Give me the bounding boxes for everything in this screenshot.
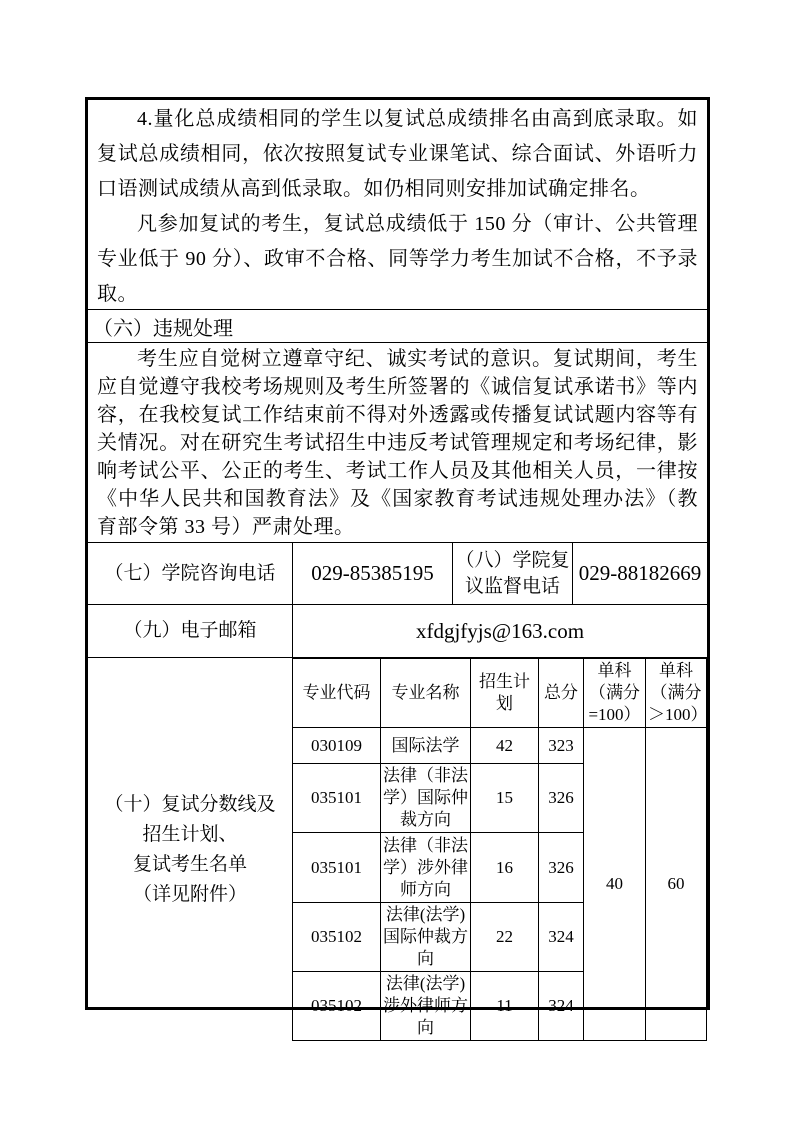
major-code: 030109: [293, 728, 381, 764]
score-table-row-1: 030109 国际法学 42 323 40 60: [293, 728, 707, 764]
review-phone-value: 029-88182669: [579, 561, 702, 586]
score-line-table: 专业代码 专业名称 招生计 划 总分 单科 （满分 =100） 单科 （满分 ＞…: [292, 658, 707, 1041]
review-phone-label-cell: （八）学院复议监督电话: [453, 543, 573, 604]
enroll-plan: 16: [471, 833, 539, 903]
major-code: 035102: [293, 903, 381, 972]
main-table: 4.量化总成绩相同的学生以复试总成绩排名由高到底录取。如复试总成绩相同，依次按照…: [85, 97, 710, 1010]
consult-phone-value-cell: 029-85385195: [293, 543, 453, 604]
admission-row: （十）复试分数线及 招生计划、 复试考生名单 （详见附件） 专业代码 专业名称 …: [88, 658, 707, 1041]
total-score: 326: [539, 764, 584, 833]
major-name: 法律(法学)涉外律师方向: [381, 972, 471, 1041]
paragraph-rejection-rule: 凡参加复试的考生，复试总成绩低于 150 分（审计、公共管理专业低于 90 分）…: [97, 207, 698, 312]
admission-label-line3: 复试考生名单: [133, 850, 247, 880]
admission-label-cell: （十）复试分数线及 招生计划、 复试考生名单 （详见附件）: [88, 658, 292, 1041]
header-enroll-plan: 招生计 划: [471, 659, 539, 728]
admission-table-container: 专业代码 专业名称 招生计 划 总分 单科 （满分 =100） 单科 （满分 ＞…: [292, 658, 707, 1041]
admission-label-line1: （十）复试分数线及: [104, 790, 275, 820]
email-value: xfdgjfyjs@163.com: [416, 619, 584, 644]
header-single-eq100: 单科 （满分 =100）: [584, 659, 646, 728]
total-score: 326: [539, 833, 584, 903]
enroll-plan: 42: [471, 728, 539, 764]
review-phone-value-cell: 029-88182669: [573, 543, 707, 604]
enroll-plan: 11: [471, 972, 539, 1041]
violation-section-header-cell: （六）违规处理: [88, 310, 707, 343]
phone-row: （七）学院咨询电话 029-85385195 （八）学院复议监督电话 029-8…: [88, 543, 707, 605]
major-name: 法律（非法学）国际仲裁方向: [381, 764, 471, 833]
header-total-score: 总分: [539, 659, 584, 728]
major-name: 法律(法学)国际仲裁方向: [381, 903, 471, 972]
admission-label-line2: 招生计划、: [142, 820, 237, 850]
header-single-gt100: 单科 （满分 ＞100）: [646, 659, 707, 728]
header-major-code: 专业代码: [293, 659, 381, 728]
major-code: 035101: [293, 764, 381, 833]
major-name: 法律（非法学）涉外律师方向: [381, 833, 471, 903]
document-page: 4.量化总成绩相同的学生以复试总成绩排名由高到底录取。如复试总成绩相同，依次按照…: [0, 0, 793, 1122]
violation-section-body: 考生应自觉树立遵章守纪、诚实考试的意识。复试期间，考生应自觉遵守我校考场规则及考…: [97, 345, 698, 541]
major-code: 035102: [293, 972, 381, 1041]
enroll-plan: 15: [471, 764, 539, 833]
single-subject-eq100-value: 40: [584, 728, 646, 1041]
consult-phone-value: 029-85385195: [311, 561, 434, 586]
major-code: 035101: [293, 833, 381, 903]
email-label: （九）电子邮箱: [123, 618, 256, 644]
top-paragraphs-cell: 4.量化总成绩相同的学生以复试总成绩排名由高到底录取。如复试总成绩相同，依次按照…: [88, 100, 707, 310]
admission-label-line4: （详见附件）: [133, 880, 247, 910]
single-subject-gt100-value: 60: [646, 728, 707, 1041]
review-phone-label: （八）学院复议监督电话: [453, 548, 572, 600]
violation-section-title: （六）违规处理: [93, 312, 233, 341]
total-score: 324: [539, 903, 584, 972]
email-row: （九）电子邮箱 xfdgjfyjs@163.com: [88, 605, 707, 658]
enroll-plan: 22: [471, 903, 539, 972]
paragraph-ranking-rule: 4.量化总成绩相同的学生以复试总成绩排名由高到底录取。如复试总成绩相同，依次按照…: [97, 102, 698, 207]
major-name: 国际法学: [381, 728, 471, 764]
consult-phone-label-cell: （七）学院咨询电话: [88, 543, 293, 604]
total-score: 324: [539, 972, 584, 1041]
consult-phone-label: （七）学院咨询电话: [104, 561, 275, 587]
total-score: 323: [539, 728, 584, 764]
header-major-name: 专业名称: [381, 659, 471, 728]
email-label-cell: （九）电子邮箱: [88, 605, 293, 657]
email-value-cell: xfdgjfyjs@163.com: [293, 605, 707, 657]
score-table-header-row: 专业代码 专业名称 招生计 划 总分 单科 （满分 =100） 单科 （满分 ＞…: [293, 659, 707, 728]
violation-section-body-cell: 考生应自觉树立遵章守纪、诚实考试的意识。复试期间，考生应自觉遵守我校考场规则及考…: [88, 343, 707, 543]
